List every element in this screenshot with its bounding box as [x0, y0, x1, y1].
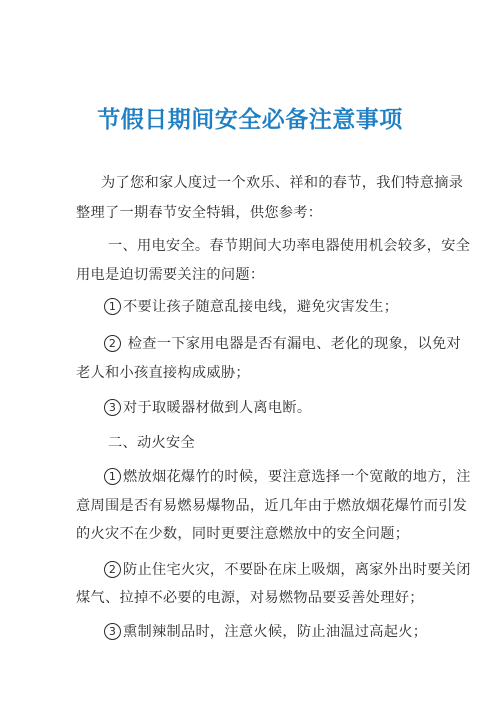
paragraph-line: 的火灾不在少数，同时更要注意燃放中的安全问题； [76, 524, 409, 544]
line-text: 用电是迫切需要关注的问题： [76, 267, 264, 283]
line-text: 煤气、拉掉不必要的电源，对易燃物品要妥善处理好； [76, 590, 424, 606]
list-item-line: 2 检查一下家用电器是否有漏电、老化的现象，以免对 [104, 334, 461, 354]
paragraph-line: 老人和小孩直接构成威胁； [76, 363, 250, 383]
paragraph-line: 意周围是否有易燃易爆物品，近几年由于燃放烟花爆竹而引发 [76, 496, 467, 516]
circled-number-marker: 3 [104, 399, 121, 416]
circled-number-marker: 1 [104, 298, 121, 315]
paragraph-line: 整理了一期春节安全特辑，供您参考： [76, 203, 322, 223]
line-text: 不要让孩子随意乱接电线，避免灾害发生； [123, 299, 398, 315]
line-text: 意周围是否有易燃易爆物品，近几年由于燃放烟花爆竹而引发 [76, 498, 467, 514]
circled-number-marker: 3 [104, 623, 121, 640]
circled-number-marker: 2 [104, 335, 121, 352]
line-text: 燃放烟花爆竹的时候，要注意选择一个宽敞的地方，注 [123, 469, 471, 485]
list-item-line: 1燃放烟花爆竹的时候，要注意选择一个宽敞的地方，注 [104, 467, 471, 487]
list-item-line: 3熏制辣制品时，注意火候，防止油温过高起火； [104, 622, 427, 642]
page-title: 节假日期间安全必备注意事项 [0, 103, 500, 137]
paragraph-line: 一、用电安全。春节期间大功率电器使用机会较多，安全 [108, 236, 470, 256]
circled-number-marker: 1 [104, 468, 121, 485]
line-text: 二、动火安全 [108, 435, 195, 451]
circled-number-marker: 2 [104, 561, 121, 578]
line-text: 整理了一期春节安全特辑，供您参考： [76, 205, 322, 221]
paragraph-line: 为了您和家人度过一个欢乐、祥和的春节，我们特意摘录 [101, 173, 463, 193]
line-text: 为了您和家人度过一个欢乐、祥和的春节，我们特意摘录 [101, 175, 463, 191]
list-item-line: 2防止住宅火灾，不要卧在床上吸烟，离家外出时要关闭 [104, 560, 471, 580]
line-text: 对于取暖器材做到人离电断。 [123, 400, 311, 416]
line-text: 防止住宅火灾，不要卧在床上吸烟，离家外出时要关闭 [123, 562, 471, 578]
paragraph-line: 二、动火安全 [108, 433, 195, 453]
paragraph-line: 煤气、拉掉不必要的电源，对易燃物品要妥善处理好； [76, 588, 424, 608]
list-item-line: 3对于取暖器材做到人离电断。 [104, 398, 311, 418]
paragraph-line: 用电是迫切需要关注的问题： [76, 265, 264, 285]
line-text: 的火灾不在少数，同时更要注意燃放中的安全问题； [76, 526, 409, 542]
line-text: 老人和小孩直接构成威胁； [76, 365, 250, 381]
line-text: 熏制辣制品时，注意火候，防止油温过高起火； [123, 624, 427, 640]
list-item-line: 1不要让孩子随意乱接电线，避免灾害发生； [104, 297, 398, 317]
line-text: 一、用电安全。春节期间大功率电器使用机会较多，安全 [108, 238, 470, 254]
line-text: 检查一下家用电器是否有漏电、老化的现象，以免对 [123, 336, 461, 352]
